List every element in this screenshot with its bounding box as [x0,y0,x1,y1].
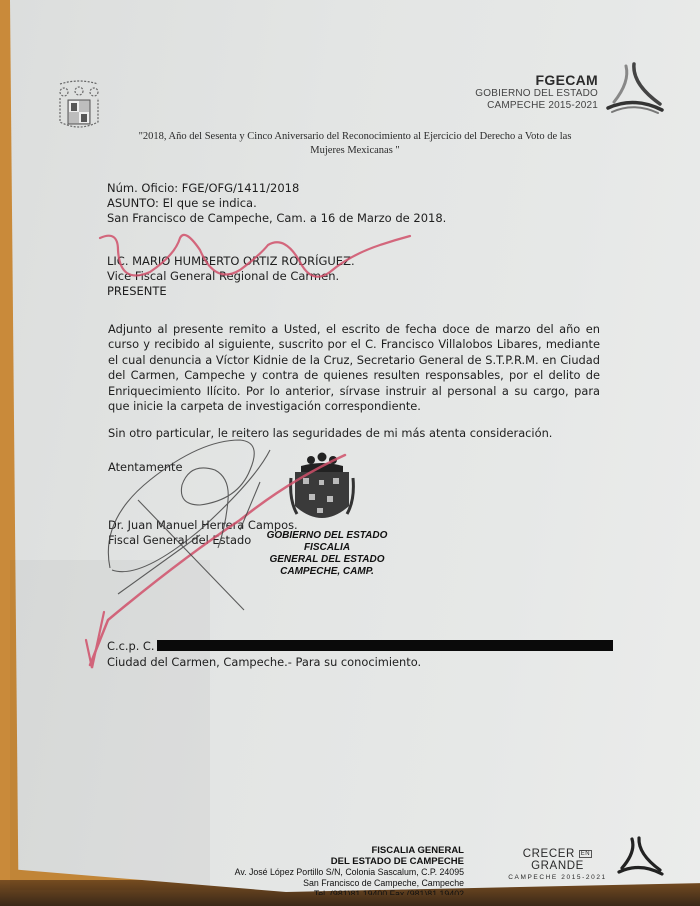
footer-phone: Tel. (981)81.19400 Fax (981)81.19402 [214,889,464,895]
footer-org-line-2: DEL ESTADO DE CAMPECHE [214,856,464,867]
ccp-line-2: Ciudad del Carmen, Campeche.- Para su co… [107,654,627,670]
ccp-block: C.c.p. C. Ciudad del Carmen, Campeche.- … [107,638,627,670]
closing-line: Sin otro particular, le reitero las segu… [108,426,552,440]
slogan-en: EN [579,850,593,858]
motto-line-1: "2018, Año del Sesenta y Cinco Aniversar… [130,130,580,144]
seal-line-2: FISCALIA [262,542,392,554]
brand-line-1: GOBIERNO DEL ESTADO [475,88,598,100]
footer-address-line: Av. José López Portillo S/N, Colonia Sas… [214,867,464,878]
seal-line-3: GENERAL DEL ESTADO [262,554,392,566]
presente: PRESENTE [107,284,355,299]
place-date: San Francisco de Campeche, Cam. a 16 de … [107,211,446,226]
seal-line-1: GOBIERNO DEL ESTADO [262,530,392,542]
campeche-triangle-logo-footer-icon [616,836,664,878]
brand-name: FGECAM [475,72,598,88]
footer-city: San Francisco de Campeche, Campeche [214,878,464,889]
campeche-triangle-logo-icon [604,62,664,114]
motto-line-2: Mujeres Mexicanas " [130,144,580,158]
addressee-position: Vice Fiscal General Regional de Carmen. [107,269,355,284]
slogan-left: CRECER [523,848,575,860]
slogan-right: GRANDE [531,860,584,872]
page-shadow [10,560,210,890]
footer-address: FISCALIA GENERAL DEL ESTADO DE CAMPECHE … [214,845,464,895]
ccp-prefix: C.c.p. C. [107,639,155,653]
redaction-bar [157,640,613,651]
seal-text: GOBIERNO DEL ESTADO FISCALIA GENERAL DEL… [262,530,392,578]
footer-org-line-1: FISCALIA GENERAL [214,845,464,856]
slogan-sub: CAMPECHE 2015-2021 [495,874,620,881]
asunto: ASUNTO: El que se indica. [107,196,446,211]
oficio-number: Núm. Oficio: FGE/OFG/1411/2018 [107,181,446,196]
official-seal-icon [289,450,355,530]
document-meta: Núm. Oficio: FGE/OFG/1411/2018 ASUNTO: E… [107,181,446,226]
addressee-name: LIC. MARIO HUMBERTO ORTIZ RODRÍGUEZ. [107,254,355,269]
slogan-logo: CRECER EN GRANDE CAMPECHE 2015-2021 [495,848,620,881]
year-motto: "2018, Año del Sesenta y Cinco Aniversar… [130,130,580,158]
coat-of-arms-icon [56,78,102,134]
addressee-block: LIC. MARIO HUMBERTO ORTIZ RODRÍGUEZ. Vic… [107,254,355,299]
seal-line-4: CAMPECHE, CAMP. [262,566,392,578]
brand-line-2: CAMPECHE 2015-2021 [475,100,598,112]
body-paragraph: Adjunto al presente remito a Usted, el e… [108,322,600,414]
header-logo-text: FGECAM GOBIERNO DEL ESTADO CAMPECHE 2015… [475,72,598,112]
atentamente: Atentamente [108,460,183,474]
